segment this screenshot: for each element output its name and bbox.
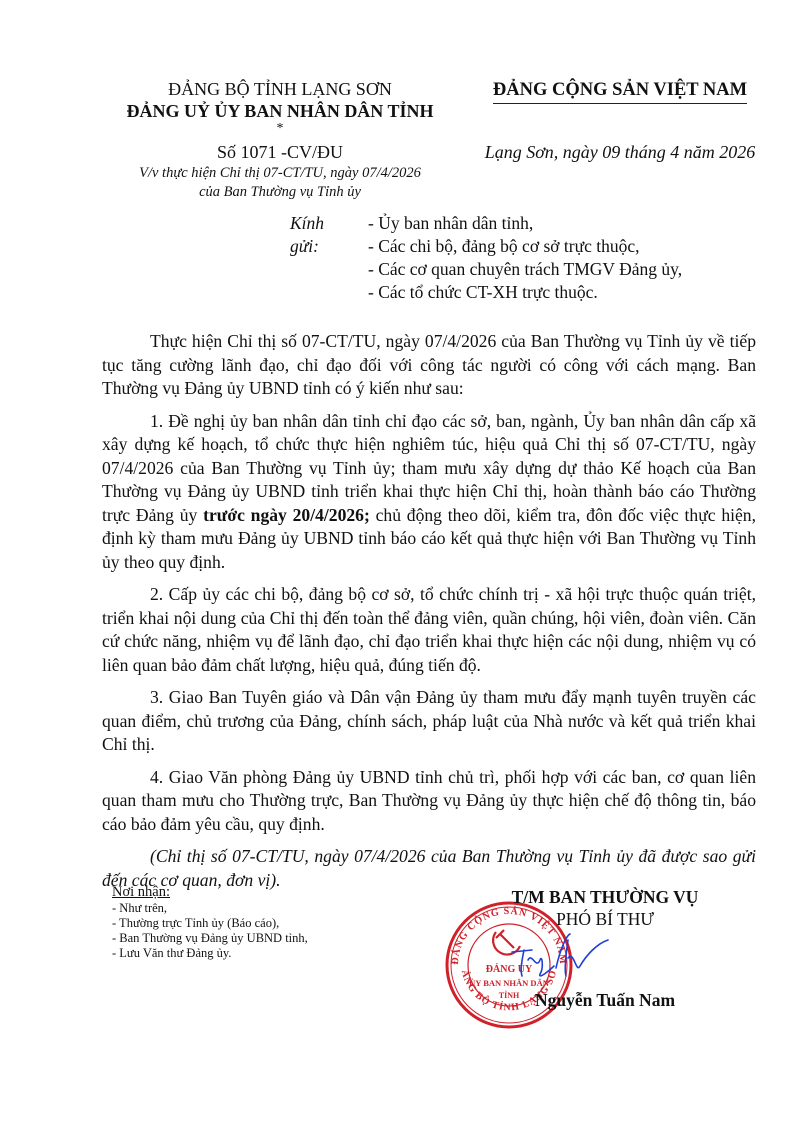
on-behalf-title: T/M BAN THƯỜNG VỤ (450, 886, 760, 908)
org-name: ĐẢNG UỶ ỦY BAN NHÂN DÂN TỈNH (100, 100, 460, 122)
recipient-item: - Các cơ quan chuyên trách TMGV Đảng ủy, (368, 258, 682, 281)
issuing-org-block: ĐẢNG BỘ TỈNH LẠNG SƠN ĐẢNG UỶ ỦY BAN NHÂ… (100, 78, 460, 202)
item-3-paragraph: 3. Giao Ban Tuyên giáo và Dân vận Đảng ủ… (102, 686, 756, 757)
org-parent-name: ĐẢNG BỘ TỈNH LẠNG SƠN (100, 78, 460, 100)
receivers-block: Nơi nhận: - Như trên, - Thường trực Tỉnh… (112, 883, 308, 961)
recipients-label: Kính gửi: (290, 212, 324, 258)
receivers-title: Nơi nhận: (112, 883, 308, 901)
recipient-item: - Các tổ chức CT-XH trực thuộc. (368, 281, 682, 304)
receiver-item: - Lưu Văn thư Đảng ủy. (112, 946, 308, 961)
receiver-item: - Ban Thường vụ Đảng ủy UBND tỉnh, (112, 931, 308, 946)
item-2-paragraph: 2. Cấp ủy các chi bộ, đảng bộ cơ sở, tổ … (102, 583, 756, 677)
subject-line-2: của Ban Thường vụ Tỉnh ủy (100, 183, 460, 202)
document-number: Số 1071 -CV/ĐU (100, 140, 460, 164)
star-separator: * (100, 122, 460, 136)
document-body: Thực hiện Chỉ thị số 07-CT/TU, ngày 07/4… (102, 330, 756, 900)
party-name: ĐẢNG CỘNG SẢN VIỆT NAM (493, 78, 747, 104)
receiver-item: - Như trên, (112, 901, 308, 916)
item-1-paragraph: 1. Đề nghị ủy ban nhân dân tỉnh chỉ đạo … (102, 410, 756, 575)
recipient-item: - Các chi bộ, đảng bộ cơ sở trực thuộc, (368, 235, 682, 258)
signer-position: PHÓ BÍ THƯ (450, 908, 760, 930)
item-4-paragraph: 4. Giao Văn phòng Đảng ủy UBND tỉnh chủ … (102, 766, 756, 837)
item-1-deadline: trước ngày 20/4/2026; (203, 505, 370, 525)
intro-paragraph: Thực hiện Chỉ thị số 07-CT/TU, ngày 07/4… (102, 330, 756, 401)
receiver-item: - Thường trực Tỉnh ủy (Báo cáo), (112, 916, 308, 931)
recipients-list: - Ủy ban nhân dân tỉnh, - Các chi bộ, đả… (368, 212, 682, 304)
place-date: Lạng Sơn, ngày 09 tháng 4 năm 2026 (470, 142, 770, 163)
signature-block: T/M BAN THƯỜNG VỤ PHÓ BÍ THƯ Nguyễn Tuấn… (450, 886, 760, 930)
handwritten-signature (510, 930, 610, 990)
subject-line-1: V/v thực hiện Chỉ thị 07-CT/TU, ngày 07/… (100, 164, 460, 183)
party-header: ĐẢNG CỘNG SẢN VIỆT NAM (470, 78, 770, 104)
recipient-item: - Ủy ban nhân dân tỉnh, (368, 212, 682, 235)
signer-name: Nguyễn Tuấn Nam (450, 990, 760, 1011)
